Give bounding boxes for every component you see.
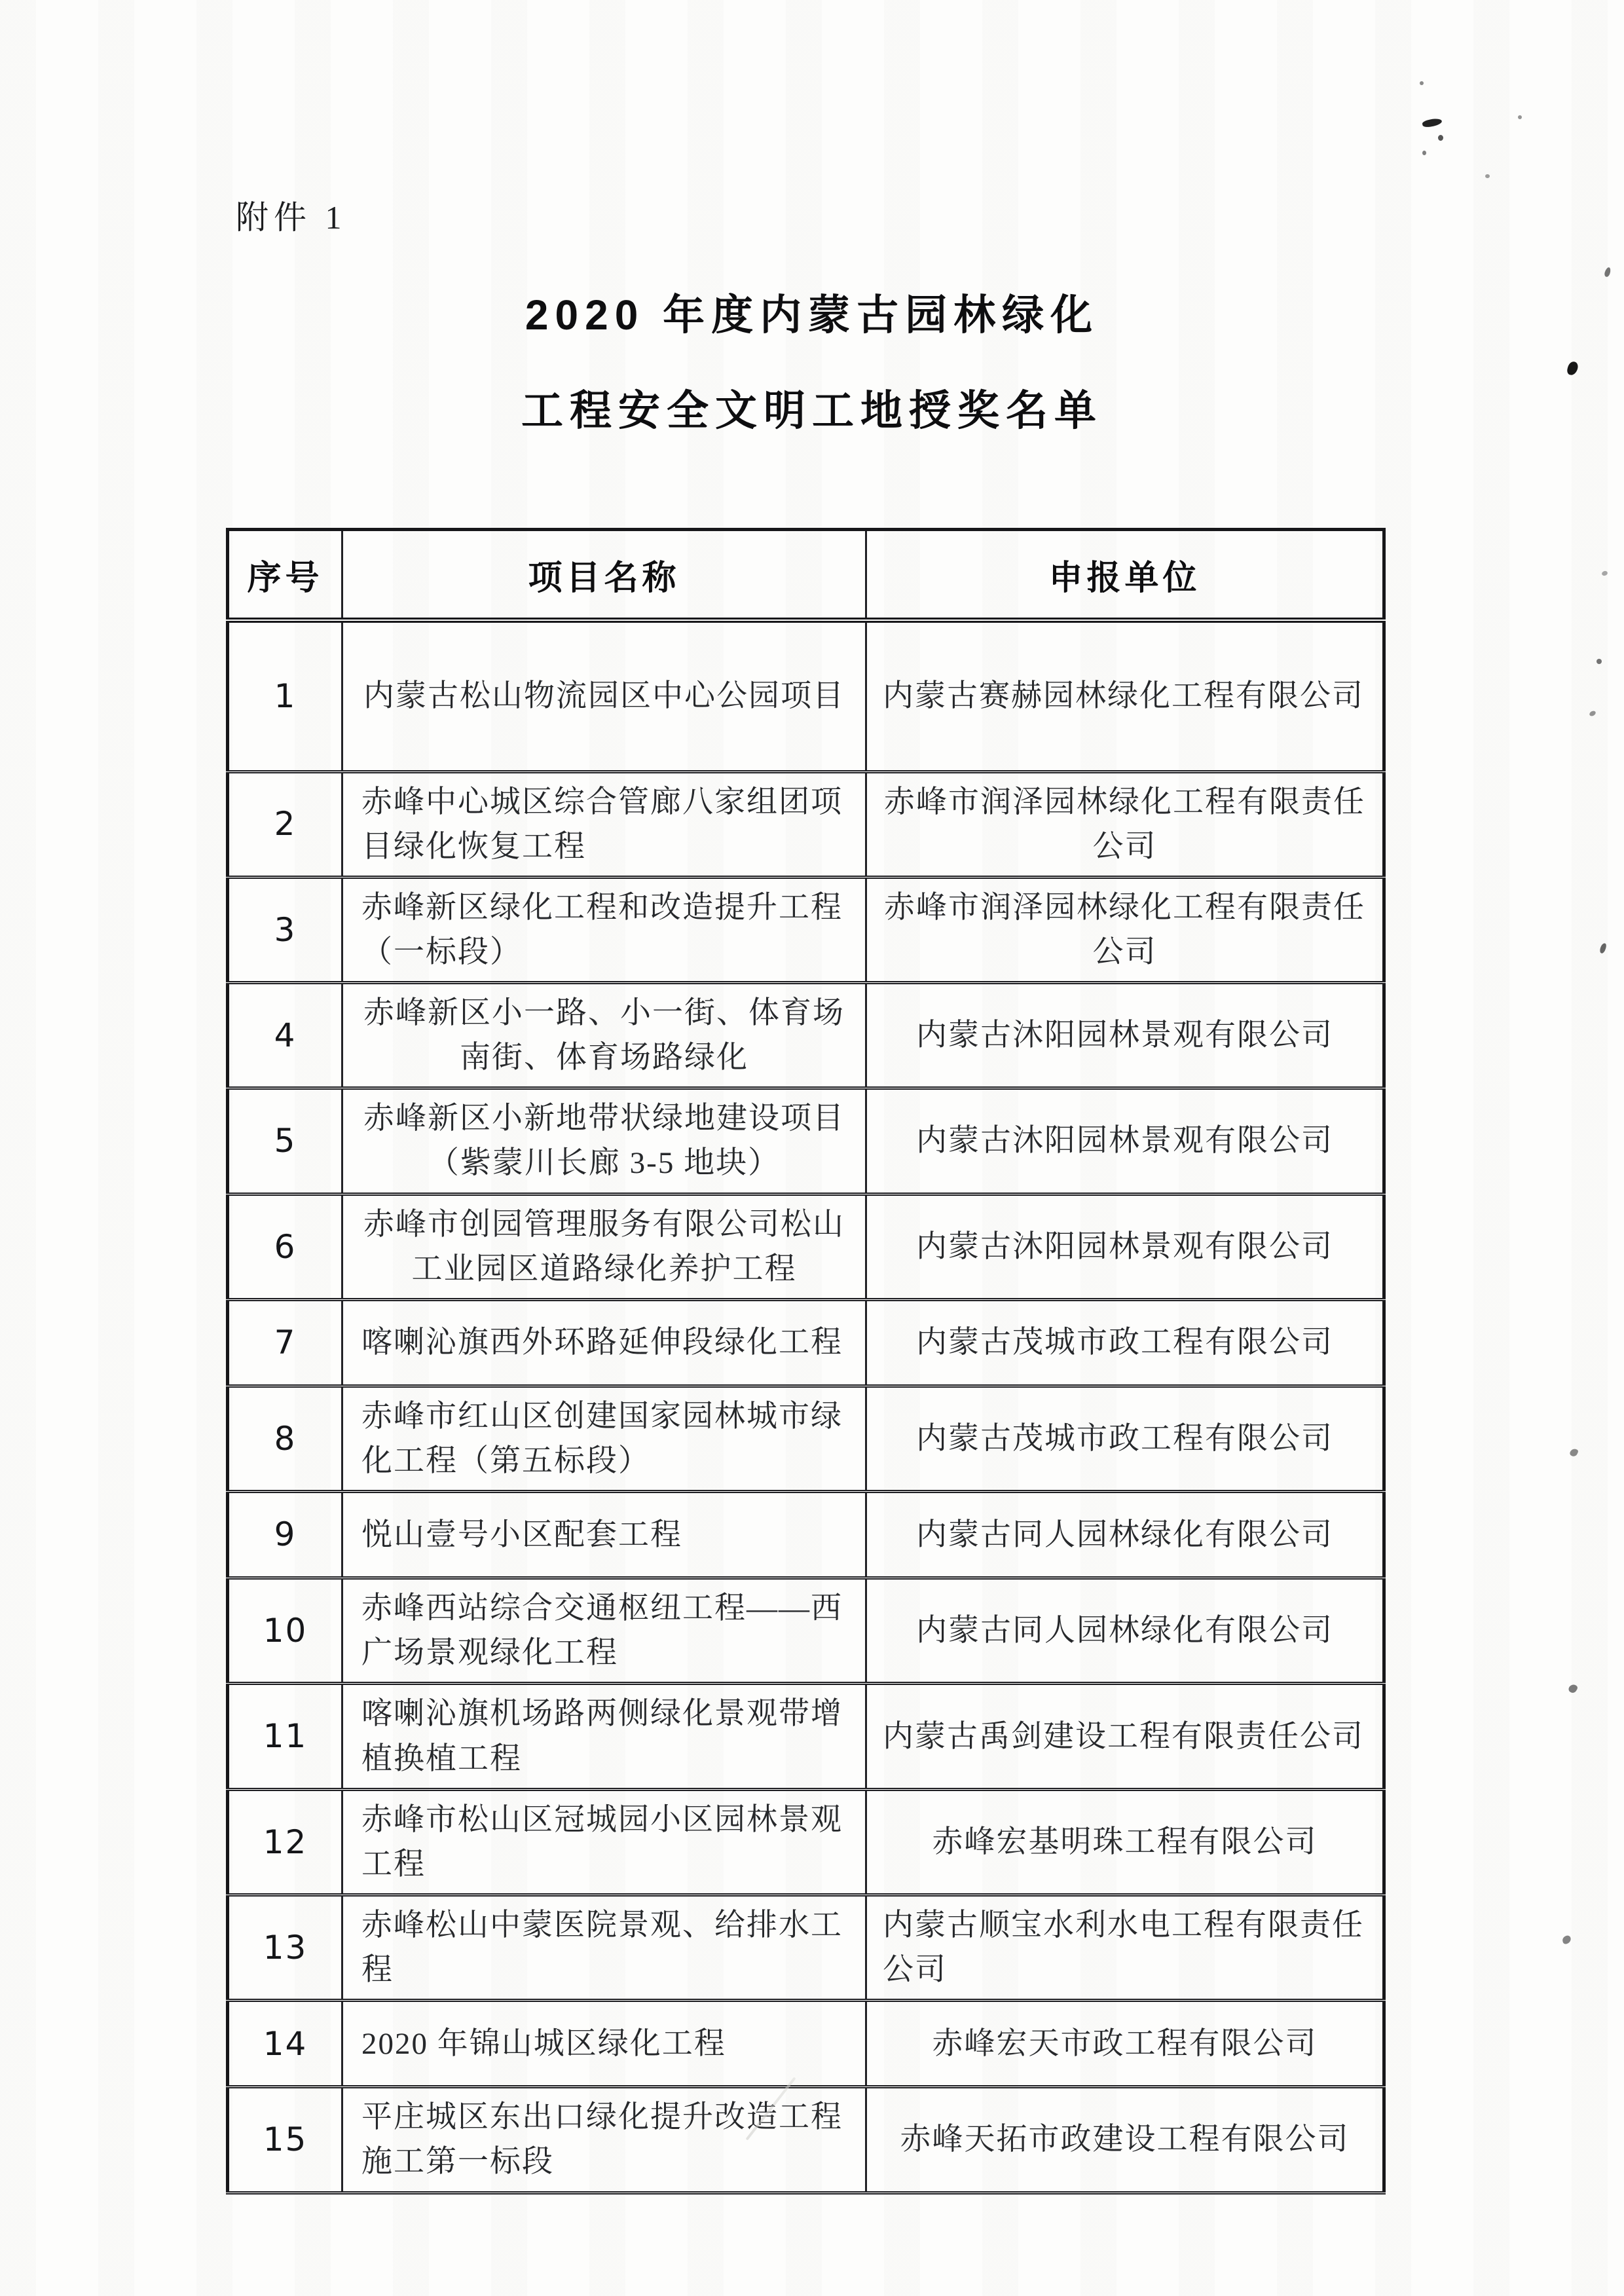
title-line-2: 工程安全文明工地授奖名单 [0,363,1624,458]
table-row: 1内蒙古松山物流园区中心公园项目内蒙古赛赫园林绿化工程有限公司 [228,620,1384,771]
attachment-label: 附件 1 [236,191,347,238]
project-name-cell: 悦山壹号小区配套工程 [342,1492,866,1578]
project-name-cell: 内蒙古松山物流园区中心公园项目 [342,620,866,771]
row-number-cell: 12 [228,1789,342,1895]
project-name-cell: 赤峰市创园管理服务有限公司松山工业园区道路绿化养护工程 [342,1194,866,1299]
applicant-cell: 内蒙古茂城市政工程有限公司 [866,1299,1384,1386]
row-number-cell: 10 [228,1578,342,1684]
scan-speck [1420,81,1424,85]
row-number-cell: 11 [228,1684,342,1789]
table-row: 142020 年锦山城区绿化工程赤峰宏天市政工程有限公司 [228,2001,1384,2087]
applicant-cell: 内蒙古禹剑建设工程有限责任公司 [866,1684,1384,1789]
row-number-cell: 9 [228,1492,342,1578]
document-page: 附件 1 2020 年度内蒙古园林绿化 工程安全文明工地授奖名单 序号 项目名称… [0,0,1624,2296]
scan-speck [1485,174,1490,178]
project-name-cell: 赤峰中心城区综合管廊八家组团项目绿化恢复工程 [342,771,866,877]
scan-speck [1518,115,1522,119]
project-name-cell: 赤峰新区小一路、小一街、体育场南街、体育场路绿化 [342,983,866,1088]
project-name-cell: 赤峰新区小新地带状绿地建设项目（紫蒙川长廊 3-5 地块） [342,1088,866,1194]
scan-speck [1562,1935,1572,1945]
applicant-cell: 赤峰市润泽园林绿化工程有限责任公司 [866,877,1384,982]
table-row: 5赤峰新区小新地带状绿地建设项目（紫蒙川长廊 3-5 地块）内蒙古沐阳园林景观有… [228,1088,1384,1194]
doc-title: 2020 年度内蒙古园林绿化 工程安全文明工地授奖名单 [0,267,1624,458]
applicant-cell: 内蒙古沐阳园林景观有限公司 [866,983,1384,1088]
header-cell-project: 项目名称 [342,530,866,621]
row-number-cell: 7 [228,1299,342,1386]
scan-speck [1596,659,1602,664]
applicant-cell: 赤峰宏基明珠工程有限公司 [866,1789,1384,1895]
project-name-cell: 赤峰市红山区创建国家园林城市绿化工程（第五标段） [342,1386,866,1491]
table-row: 2赤峰中心城区综合管廊八家组团项目绿化恢复工程赤峰市润泽园林绿化工程有限责任公司 [228,771,1384,877]
project-name-cell: 赤峰市松山区冠城园小区园林景观工程 [342,1789,866,1895]
table-row: 7喀喇沁旗西外环路延伸段绿化工程内蒙古茂城市政工程有限公司 [228,1299,1384,1386]
applicant-cell: 内蒙古沐阳园林景观有限公司 [866,1194,1384,1299]
row-number-cell: 13 [228,1895,342,2001]
table-row: 15平庄城区东出口绿化提升改造工程施工第一标段赤峰天拓市政建设工程有限公司 [228,2087,1384,2193]
applicant-cell: 赤峰宏天市政工程有限公司 [866,2001,1384,2087]
applicant-cell: 赤峰市润泽园林绿化工程有限责任公司 [866,771,1384,877]
project-name-cell: 平庄城区东出口绿化提升改造工程施工第一标段 [342,2087,866,2193]
row-number-cell: 4 [228,983,342,1088]
row-number-cell: 2 [228,771,342,877]
table-row: 11喀喇沁旗机场路两侧绿化景观带增植换植工程内蒙古禹剑建设工程有限责任公司 [228,1684,1384,1789]
scan-speck [1438,135,1443,141]
applicant-cell: 赤峰天拓市政建设工程有限公司 [866,2087,1384,2193]
table-row: 9悦山壹号小区配套工程内蒙古同人园林绿化有限公司 [228,1492,1384,1578]
scan-speck [1569,1447,1579,1458]
header-cell-index: 序号 [228,530,342,621]
table-body: 1内蒙古松山物流园区中心公园项目内蒙古赛赫园林绿化工程有限公司2赤峰中心城区综合… [228,620,1384,2193]
project-name-cell: 喀喇沁旗西外环路延伸段绿化工程 [342,1299,866,1386]
table-row: 8赤峰市红山区创建国家园林城市绿化工程（第五标段）内蒙古茂城市政工程有限公司 [228,1386,1384,1491]
project-name-cell: 赤峰西站综合交通枢纽工程——西广场景观绿化工程 [342,1578,866,1684]
table-row: 3赤峰新区绿化工程和改造提升工程（一标段）赤峰市润泽园林绿化工程有限责任公司 [228,877,1384,982]
row-number-cell: 14 [228,2001,342,2087]
table-row: 13赤峰松山中蒙医院景观、给排水工程内蒙古顺宝水利水电工程有限责任公司 [228,1895,1384,2001]
row-number-cell: 5 [228,1088,342,1194]
project-name-cell: 2020 年锦山城区绿化工程 [342,2001,866,2087]
applicant-cell: 内蒙古沐阳园林景观有限公司 [866,1088,1384,1194]
table-row: 12赤峰市松山区冠城园小区园林景观工程赤峰宏基明珠工程有限公司 [228,1789,1384,1895]
scan-speck [1599,942,1607,954]
project-name-cell: 喀喇沁旗机场路两侧绿化景观带增植换植工程 [342,1684,866,1789]
project-name-cell: 赤峰松山中蒙医院景观、给排水工程 [342,1895,866,2001]
row-number-cell: 8 [228,1386,342,1491]
applicant-cell: 内蒙古茂城市政工程有限公司 [866,1386,1384,1491]
table-header-row: 序号 项目名称 申报单位 [228,530,1384,621]
scan-speck [1422,117,1443,128]
applicant-cell: 内蒙古赛赫园林绿化工程有限公司 [866,620,1384,771]
table-row: 10赤峰西站综合交通枢纽工程——西广场景观绿化工程内蒙古同人园林绿化有限公司 [228,1578,1384,1684]
title-line-1: 2020 年度内蒙古园林绿化 [0,267,1624,363]
project-name-cell: 赤峰新区绿化工程和改造提升工程（一标段） [342,877,866,982]
applicant-cell: 内蒙古顺宝水利水电工程有限责任公司 [866,1895,1384,2001]
row-number-cell: 15 [228,2087,342,2193]
table-row: 6赤峰市创园管理服务有限公司松山工业园区道路绿化养护工程内蒙古沐阳园林景观有限公… [228,1194,1384,1299]
scan-speck [1422,151,1426,155]
scan-speck [1601,570,1608,577]
row-number-cell: 1 [228,620,342,771]
scan-speck [1589,710,1596,717]
scan-speck [1568,1683,1579,1694]
applicant-cell: 内蒙古同人园林绿化有限公司 [866,1578,1384,1684]
header-cell-applicant: 申报单位 [866,530,1384,621]
table-row: 4赤峰新区小一路、小一街、体育场南街、体育场路绿化内蒙古沐阳园林景观有限公司 [228,983,1384,1088]
row-number-cell: 6 [228,1194,342,1299]
applicant-cell: 内蒙古同人园林绿化有限公司 [866,1492,1384,1578]
row-number-cell: 3 [228,877,342,982]
award-table: 序号 项目名称 申报单位 1内蒙古松山物流园区中心公园项目内蒙古赛赫园林绿化工程… [226,528,1386,2194]
